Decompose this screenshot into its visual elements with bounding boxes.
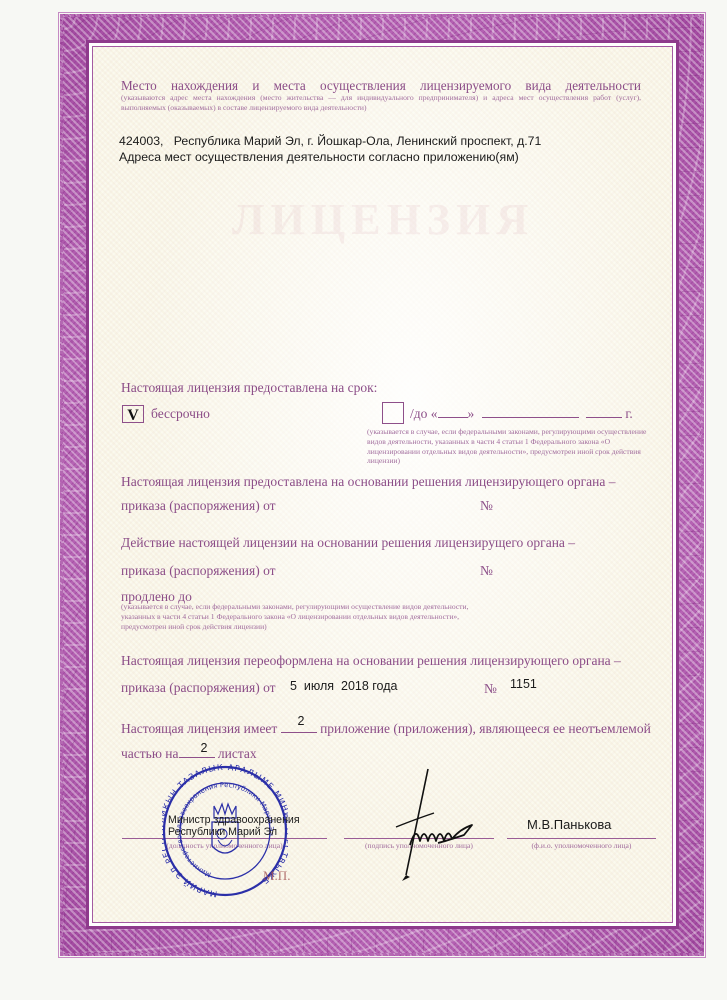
check-mark-icon: V — [127, 407, 139, 425]
until-month-field[interactable] — [482, 406, 579, 418]
appendix-line-1: Настоящая лицензия имеет приложение (при… — [121, 721, 651, 737]
seal-placeholder: М.П. — [263, 868, 290, 884]
reissue-line-1: Настоящая лицензия переоформлена на осно… — [121, 653, 621, 669]
until-date-line: /до «» г. — [410, 406, 633, 422]
reissue-line-2: приказа (распоряжения) от — [121, 680, 276, 696]
watermark: ЛИЦЕНЗИЯ — [232, 194, 522, 245]
until-day-field[interactable] — [438, 406, 468, 418]
extension-number-label: № — [480, 563, 493, 579]
fio-note: (ф.и.о. уполномоченного лица) — [507, 841, 656, 850]
location-note: (указываются адрес места нахождения (мес… — [121, 93, 641, 113]
appendix-count: 2 — [288, 714, 314, 728]
until-suffix: г. — [625, 406, 632, 421]
until-year-field[interactable] — [586, 406, 622, 418]
sheets-prefix: частью на — [121, 746, 179, 761]
basis-line-1: Настоящая лицензия предоставлена на осно… — [121, 474, 615, 490]
until-prefix: /до « — [410, 406, 438, 421]
until-date-checkbox[interactable] — [382, 402, 404, 424]
position-line-2: Республики Марий Эл — [168, 826, 300, 838]
extension-line-1: Действие настоящей лицензии на основании… — [121, 535, 575, 551]
permanent-label: бессрочно — [151, 406, 210, 422]
basis-number-label: № — [480, 498, 493, 514]
reissue-date: 5 июля 2018 года — [290, 679, 397, 693]
sheets-suffix: листах — [218, 746, 257, 761]
until-note: (указывается в случае, если федеральными… — [367, 427, 652, 466]
permanent-checkbox[interactable]: V — [122, 405, 144, 423]
until-mid: » — [468, 406, 475, 421]
basis-line-2: приказа (распоряжения) от — [121, 498, 276, 514]
reissue-number-label: № — [484, 681, 497, 697]
term-title: Настоящая лицензия предоставлена на срок… — [121, 380, 377, 396]
address-block: 424003, Республика Марий Эл, г. Йошкар-О… — [119, 133, 541, 165]
address-line-2: Адреса мест осуществления деятельности с… — [119, 149, 541, 165]
official-name: М.В.Панькова — [527, 817, 611, 832]
reissue-number: 1151 — [510, 677, 537, 691]
handwritten-signature-icon — [376, 765, 488, 883]
official-position: Министр здравоохранения Республики Марий… — [168, 814, 300, 838]
position-line-1: Министр здравоохранения — [168, 814, 300, 826]
appendix-line-2: частью на листах — [121, 746, 257, 762]
location-title: Место нахождения и места осуществления л… — [121, 78, 641, 94]
address-line-1: 424003, Республика Марий Эл, г. Йошкар-О… — [119, 133, 541, 149]
sheets-count: 2 — [192, 741, 216, 755]
appendix-prefix: Настоящая лицензия имеет — [121, 721, 277, 736]
fio-line — [507, 838, 656, 839]
extension-line-2: приказа (распоряжения) от — [121, 563, 276, 579]
extension-note: (указывается в случае, если федеральными… — [121, 602, 501, 631]
appendix-suffix: приложение (приложения), являющееся ее н… — [320, 721, 651, 736]
